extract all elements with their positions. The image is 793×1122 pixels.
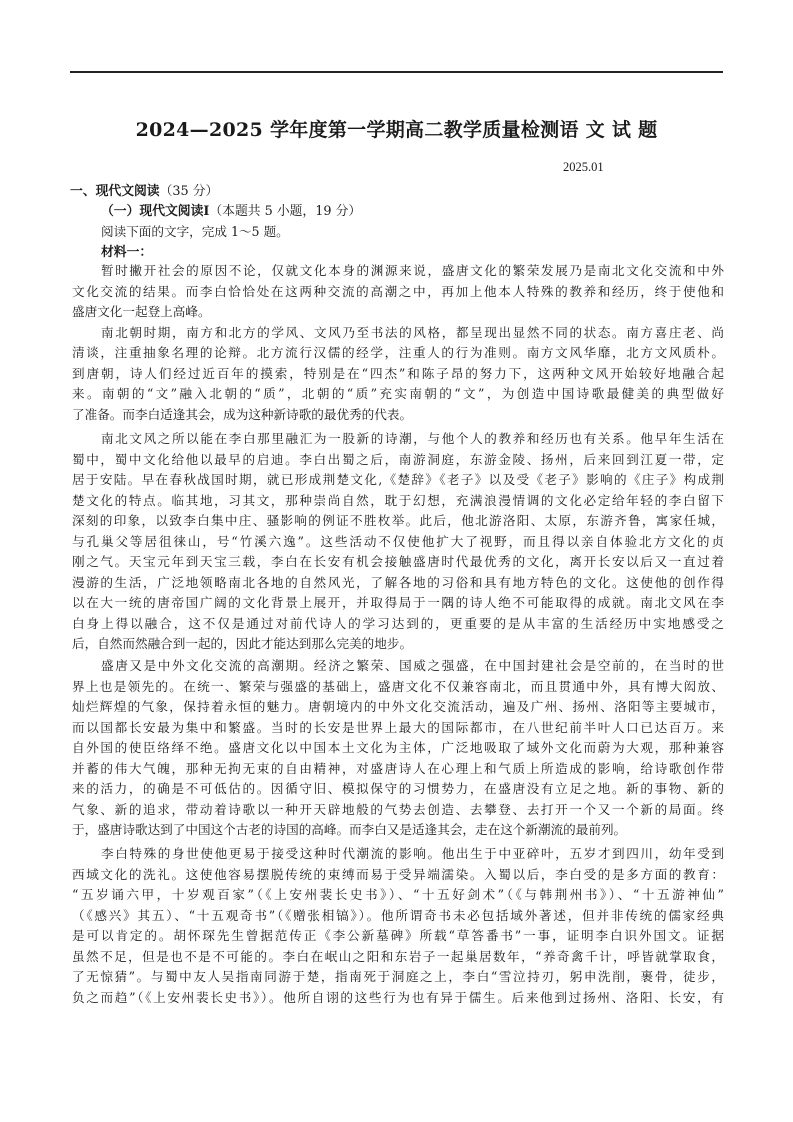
text-line: 来。南朝的“文”融入北朝的“质”，北朝的“质”充实南朝的“文”，为创造中国诗歌最…	[72, 384, 724, 404]
text-line: “五岁诵六甲，十岁观百家”（《上安州裴长史书》）、“十五好剑术”（《与韩荆州书》…	[72, 885, 724, 905]
text-line: 盛唐文化一起登上高峰。	[72, 302, 724, 322]
text-line: 西域文化的洗礼。这使他容易摆脱传统的束缚而易于受异端濡染。入蜀以后，李白受的是多…	[72, 865, 724, 885]
text-line: 于，盛唐诗歌达到了中国这个古老的诗国的高峰。而李白又是适逢其会，走在这个新潮流的…	[72, 820, 724, 840]
section-heading: 一、现代文阅读（35 分）	[70, 180, 218, 199]
text-line: 蜀中，蜀中文化给他以最早的启迪。李白出蜀之后，南游洞庭，东游金陵、扬州，后来回到…	[72, 450, 724, 470]
subsection-heading: （一）现代文阅读Ⅰ（本题共 5 小题，19 分）	[101, 200, 361, 219]
text-line: 南北朝时期，南方和北方的学风、文风乃至书法的风格，都呈现出显然不同的状态。南方喜…	[101, 323, 724, 343]
exam-title: 2024—2025 学年度第一学期高二教学质量检测语 文 试 题	[0, 115, 793, 142]
text-line: 暂时撇开社会的原因不论，仅就文化本身的渊源来说，盛唐文化的繁荣发展乃是南北文化交…	[101, 261, 724, 281]
text-line: 清谈，注重抽象名理的论辩。北方流行汉儒的经学，注重人的行为准则。南方文风华靡，北…	[72, 343, 724, 363]
section-heading-text: 一、现代文阅读	[70, 184, 160, 199]
text-line: 李白特殊的身世使他更易于接受这种时代潮流的影响。他出生于中亚碎叶，五岁才到四川，…	[101, 844, 724, 864]
text-line: 灿烂辉煌的气象，保持着永恒的魅力。唐朝境内的中外文化交流活动，遍及广州、扬州、洛…	[72, 697, 724, 717]
text-line: 深刻的印象，以致李白集中庄、骚影响的例证不胜枚举。此后，他北游洛阳、太原，东游齐…	[72, 511, 724, 531]
subsection-heading-note: （本题共 5 小题，19 分）	[209, 204, 361, 219]
text-line: 居于安陆。早在春秋战国时期，就已形成荆楚文化,《楚辞》《老子》以及受《老子》影响…	[72, 470, 724, 490]
text-line: 文化交流的结果。而李白恰恰处在这两种交流的高潮之中，再加上他本人特殊的教养和经历…	[72, 282, 724, 302]
exam-date: 2025.01	[563, 160, 604, 175]
text-line: 南北文风之所以能在李白那里融汇为一股新的诗潮，与他个人的教养和经历也有关系。他早…	[101, 429, 724, 449]
text-line: 并蓄的伟大气魄，那种无拘无束的自由精神，对盛唐诗人在心理上和气质上所造成的影响，…	[72, 759, 724, 779]
text-line: 虽然不足，但是也不是不可能的。李白在岷山之阳和东岩子一起巢居数年，“养奇禽千计，…	[72, 947, 724, 967]
text-line: 界上也是领先的。在统一、繁荣与强盛的基础上，盛唐文化不仅兼容南北，而且贯通中外，…	[72, 677, 724, 697]
text-line: 负之而趋”（《上安州裴长史书》）。他所自诩的这些行为也有异于儒生。后来他到过扬州…	[72, 988, 724, 1008]
header-rule	[70, 71, 723, 73]
text-line: 气象、新的追求，带动着诗歌以一种开天辟地般的气势去创造、去攀登、去打开一个又一个…	[72, 800, 724, 820]
text-line: 楚文化的特点。临其地，习其文，那种崇尚自然，耽于幻想，充满浪漫情调的文化必定给年…	[72, 491, 724, 511]
material-label: 材料一：	[101, 241, 152, 260]
text-line: 而以国都长安最为集中和繁盛。当时的长安是世界上最大的国际都市，在八世纪前半叶人口…	[72, 718, 724, 738]
text-line: 了无惊猜”。与蜀中友人吴指南同游于楚，指南死于洞庭之上，李白“雪泣持刃，躬申洗削…	[72, 967, 724, 987]
text-line: 了准备。而李白适逢其会，成为这种新诗歌的最优秀的代表。	[72, 405, 724, 425]
text-line: 是可以肯定的。胡怀琛先生曾据范传正《李公新墓碑》所载“草答番书”一事，证明李白识…	[72, 926, 724, 946]
text-line: 刚之气。天宝元年到天宝三载，李白在长安有机会接触盛唐时代最优秀的文化，离开长安以…	[72, 552, 724, 572]
text-line: 以在大一统的唐帝国广阔的文化背景上展开，并取得局于一隅的诗人绝不可能取得的成就。…	[72, 593, 724, 613]
text-line: 与孔巢父等居徂徕山，号“竹溪六逸”。这些活动不仅使他扩大了视野，而且得以亲自体验…	[72, 532, 724, 552]
text-line: （《感兴》其五）、“十五观奇书”（《赠张相镐》）。他所谓奇书未必包括域外著述，但…	[72, 906, 724, 926]
section-heading-score: （35 分）	[160, 184, 219, 199]
text-line: 后，自然而然融合到一起的，因此才能达到那么完美的地步。	[72, 634, 724, 654]
text-line: 漫游的生活，广泛地领略南北各地的自然风光，了解各地的习俗和具有地方特色的文化。这…	[72, 573, 724, 593]
text-line: 自外国的使臣络绎不绝。盛唐文化以中国本土文化为主体，广泛地吸取了域外文化而蔚为大…	[72, 738, 724, 758]
text-line: 到唐朝，诗人们经过近百年的摸索，特别是在“四杰”和陈子昂的努力下，这两种文风开始…	[72, 364, 724, 384]
reading-instruction: 阅读下面的文字，完成 1～5 题。	[101, 221, 289, 240]
text-line: 盛唐又是中外文化交流的高潮期。经济之繁荣、国威之强盛，在中国封建社会是空前的，在…	[101, 656, 724, 676]
text-line: 来的活力，的确是不可低估的。因循守旧、模拟保守的习惯势力，在盛唐没有立足之地。新…	[72, 779, 724, 799]
subsection-heading-text: （一）现代文阅读Ⅰ	[101, 204, 209, 219]
text-line: 白身上得以融合，这不仅是通过对前代诗人的学习达到的，更重要的是从丰富的生活经历中…	[72, 614, 724, 634]
